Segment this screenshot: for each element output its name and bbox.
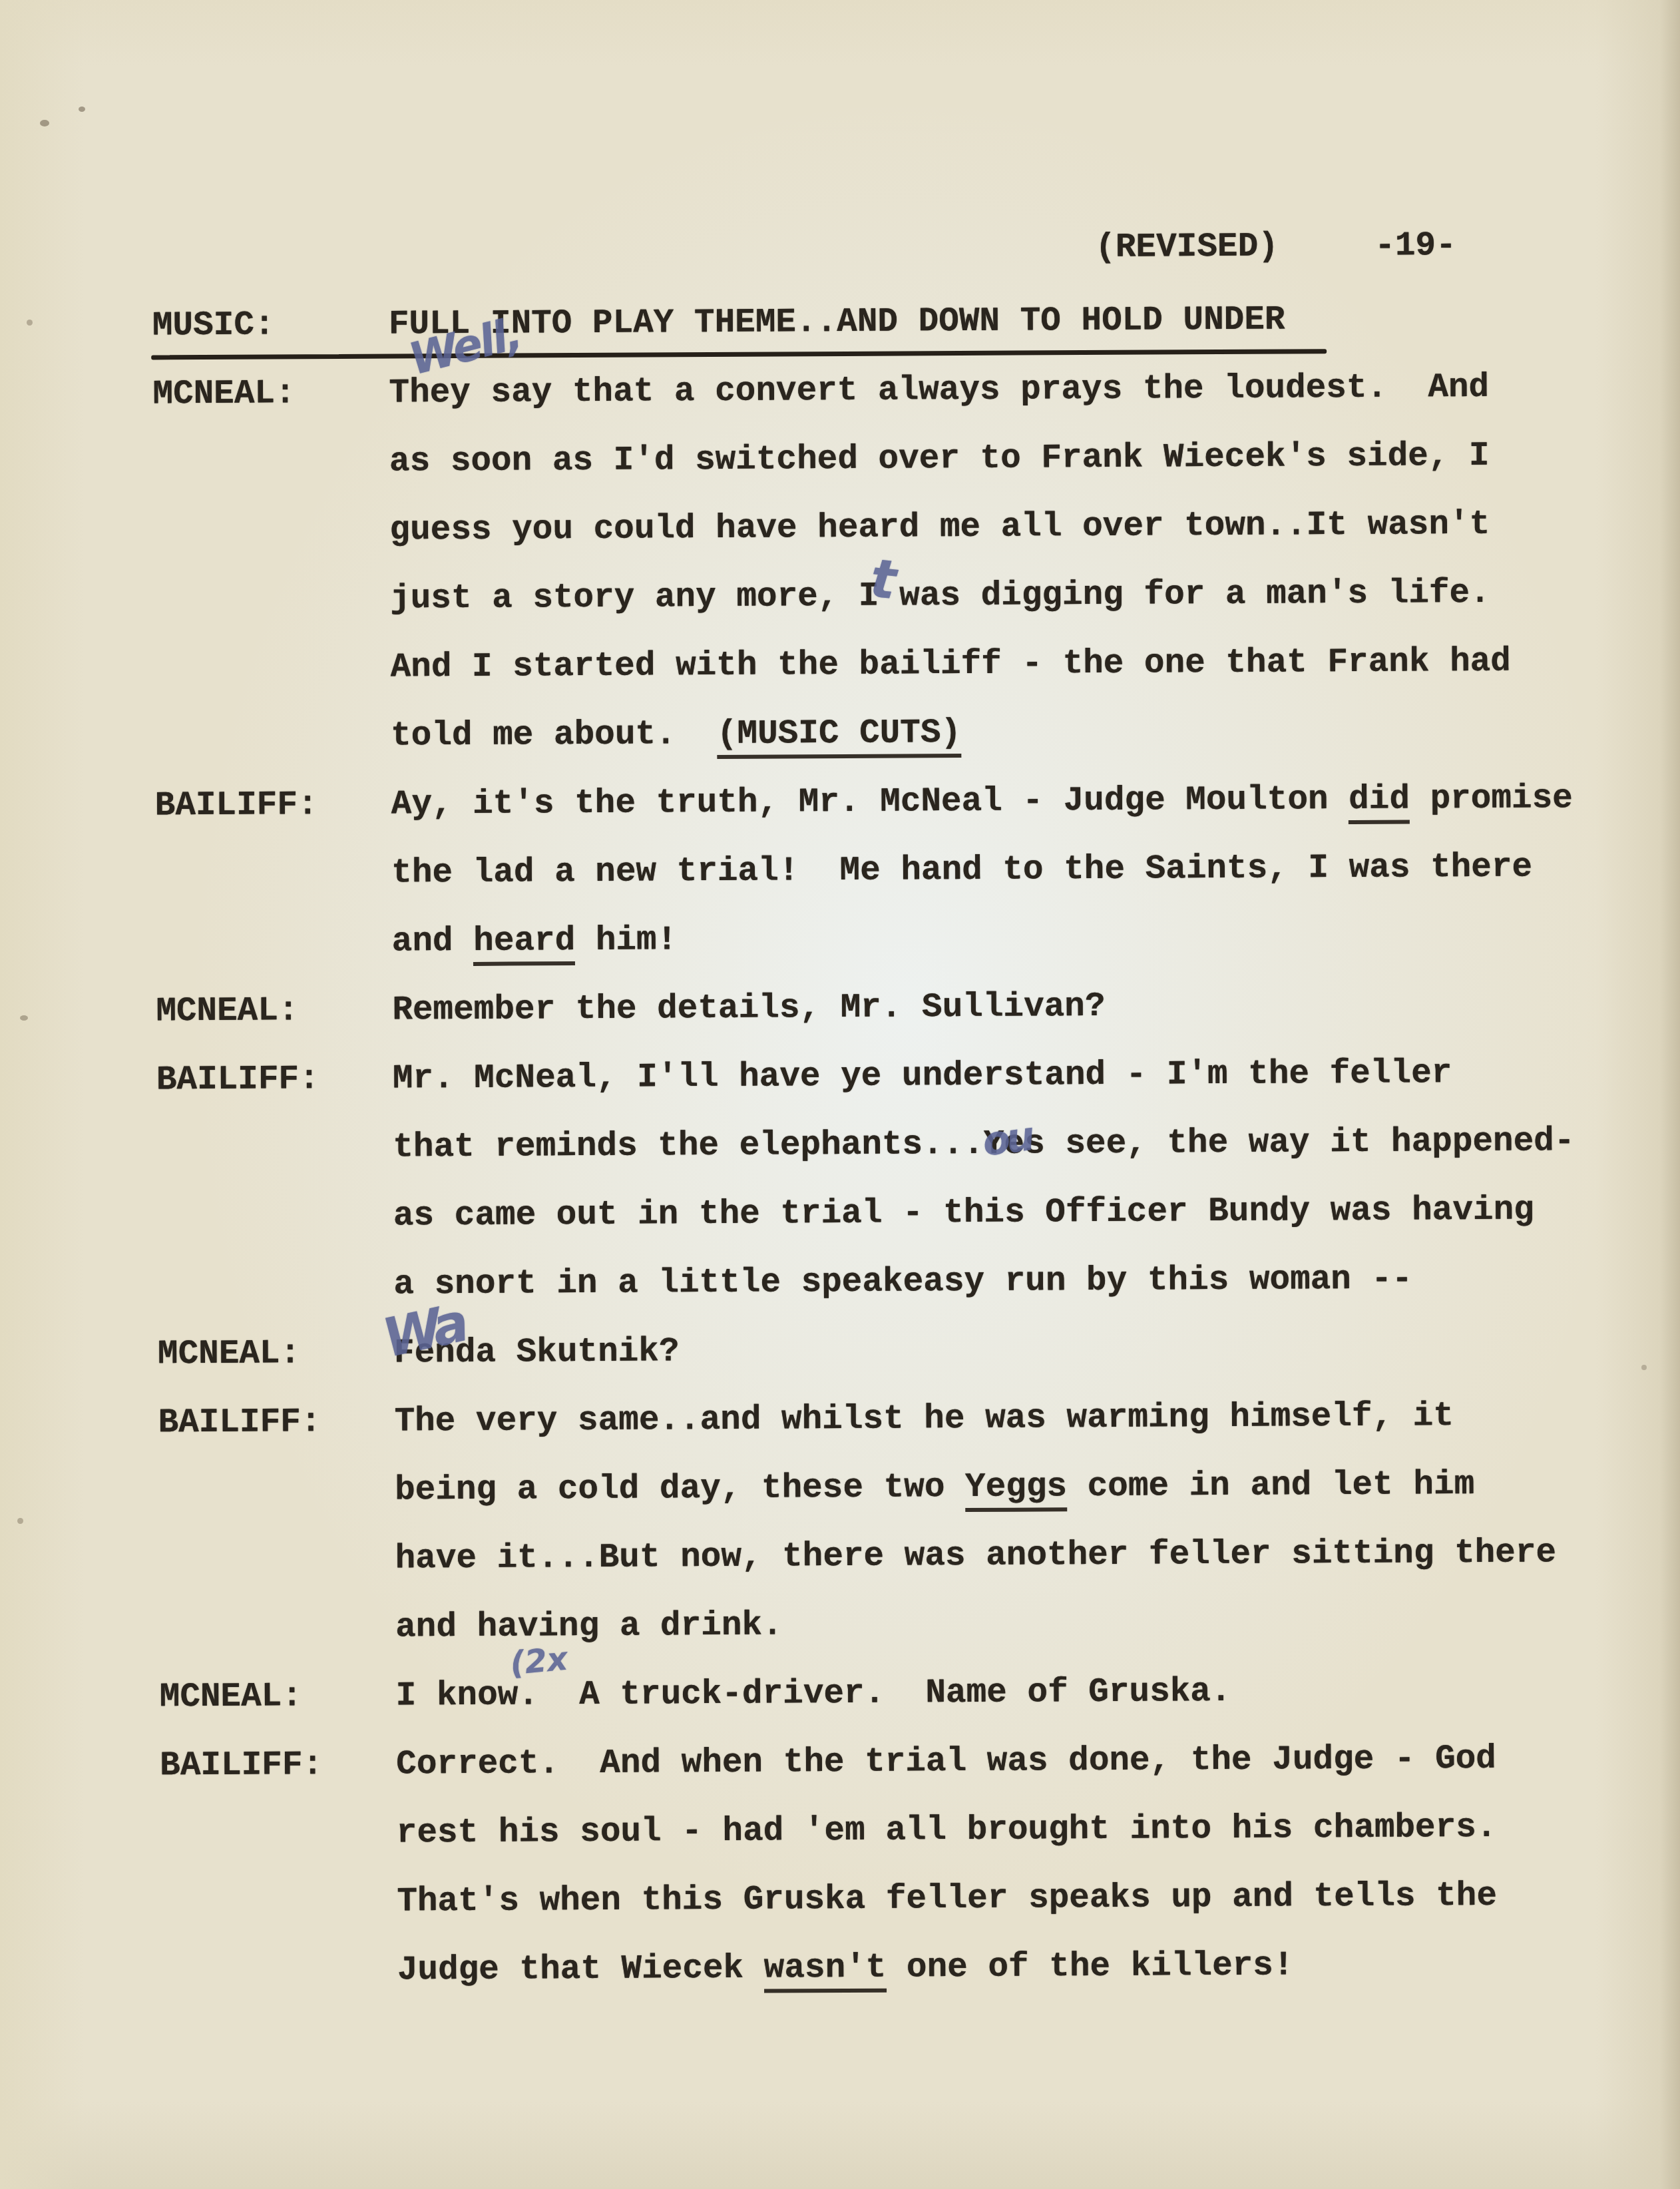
script-row: the lad a new trial! Me hand to the Sain… xyxy=(0,837,1679,914)
speaker-label: BAILIFF: xyxy=(158,1393,394,1454)
typed-text: And I started with the bailiff - the one… xyxy=(390,643,1511,687)
script-row: BAILIFF:Ay, it's the truth, Mr. McNeal -… xyxy=(0,768,1679,846)
typed-text: That's when this Gruska feller speaks up… xyxy=(397,1877,1497,1921)
dialogue-line: and heard him! xyxy=(392,911,678,972)
typed-text: have it...But now, there was another fel… xyxy=(395,1534,1556,1578)
script-row: just a story any more, I was digging for… xyxy=(0,563,1677,640)
page-number: -19- xyxy=(1374,216,1456,277)
script-row: and heard him! xyxy=(0,905,1679,983)
script-row: MCNEAL:Fenda Skutnik?Wa xyxy=(1,1317,1680,1394)
dialogue-line: Remember the details, Mr. Sullivan? xyxy=(392,977,1106,1041)
speaker-label: MCNEAL: xyxy=(152,364,389,425)
typed-text: I know. A truck-driver. Name of Gruska. xyxy=(396,1673,1231,1716)
dialogue-line: And I started with the bailiff - the one… xyxy=(390,632,1511,698)
typed-text: come in and let him xyxy=(1067,1466,1474,1506)
script-row: MCNEAL:Remember the details, Mr. Sulliva… xyxy=(0,974,1680,1051)
speaker-label: MUSIC: xyxy=(152,296,389,357)
typed-text: promise xyxy=(1410,780,1573,818)
dialogue-line: Correct. And when the trial was done, th… xyxy=(396,1730,1496,1796)
script-row: And I started with the bailiff - the one… xyxy=(0,631,1678,708)
script-row: that reminds the elephants...Yes see, th… xyxy=(0,1111,1680,1188)
typed-text: Correct. And when the trial was done, th… xyxy=(396,1740,1496,1784)
typed-text: told me about. xyxy=(391,716,717,756)
dialogue-line: told me about. (MUSIC CUTS) xyxy=(391,704,961,766)
typed-text: and xyxy=(392,923,474,961)
dialogue-line: rest his soul - had 'em all brought into… xyxy=(397,1798,1497,1864)
typed-text: the lad a new trial! Me hand to the Sain… xyxy=(391,849,1532,893)
script-row: as came out in the trial - this Officer … xyxy=(1,1180,1680,1257)
dialogue-line: Ay, it's the truth, Mr. McNeal - Judge M… xyxy=(391,769,1573,835)
dialogue-line: being a cold day, these two Yeggs come i… xyxy=(395,1455,1475,1521)
dialogue-line: that reminds the elephants...Yes see, th… xyxy=(393,1112,1575,1178)
script-row: BAILIFF:Correct. And when the trial was … xyxy=(3,1728,1680,1806)
typed-text: Ay, it's the truth, Mr. McNeal - Judge M… xyxy=(391,781,1349,824)
dialogue-line: I know. A truck-driver. Name of Gruska.(… xyxy=(395,1662,1231,1727)
script-row: MCNEAL:They say that a convert always pr… xyxy=(0,357,1677,434)
typed-text: rest his soul - had 'em all brought into… xyxy=(397,1809,1497,1853)
script-row: have it...But now, there was another fel… xyxy=(2,1523,1680,1600)
script-row: told me about. (MUSIC CUTS) xyxy=(0,700,1678,777)
script-row: MUSIC:FULL INTO PLAY THEME..AND DOWN TO … xyxy=(0,288,1676,365)
typed-text: They say that a convert always prays the… xyxy=(389,369,1489,413)
dialogue-line: as came out in the trial - this Officer … xyxy=(393,1181,1534,1247)
typed-text: as came out in the trial - this Officer … xyxy=(393,1192,1534,1236)
script-row: BAILIFF:The very same..and whilst he was… xyxy=(1,1385,1680,1463)
script-row: a snort in a little speakeasy run by thi… xyxy=(1,1248,1680,1326)
dialogue-line: as soon as I'd switched over to Frank Wi… xyxy=(389,427,1490,493)
script-row: That's when this Gruska feller speaks up… xyxy=(4,1865,1680,1943)
typed-text: Remember the details, Mr. Sullivan? xyxy=(392,988,1105,1030)
dialogue-line: guess you could have heard me all over t… xyxy=(389,495,1490,561)
dialogue-line: have it...But now, there was another fel… xyxy=(395,1523,1556,1589)
page-content: (REVISED) -19- MUSIC:FULL INTO PLAY THEM… xyxy=(0,0,1680,2189)
typed-text: being a cold day, these two xyxy=(395,1469,965,1509)
script-row: BAILIFF:Mr. McNeal, I'll have ye underst… xyxy=(0,1043,1680,1120)
underlined-text: wasn't xyxy=(764,1949,887,1993)
speaker-label: BAILIFF: xyxy=(156,1050,393,1111)
speaker-label: MCNEAL: xyxy=(156,981,392,1043)
typed-text: him! xyxy=(575,921,677,960)
typed-text: and having a drink. xyxy=(395,1606,783,1646)
speaker-label: BAILIFF: xyxy=(160,1736,396,1797)
dialogue-line: That's when this Gruska feller speaks up… xyxy=(397,1867,1497,1933)
script-row: Judge that Wiecek wasn't one of the kill… xyxy=(5,1934,1680,2011)
dialogue-line: a snort in a little speakeasy run by thi… xyxy=(393,1250,1412,1316)
dialogue-line: Fenda Skutnik?Wa xyxy=(394,1322,680,1383)
typed-text: a snort in a little speakeasy run by thi… xyxy=(393,1261,1412,1304)
dialogue-line: Mr. McNeal, I'll have ye understand - I'… xyxy=(393,1044,1452,1109)
script-row: and having a drink. xyxy=(3,1591,1680,1668)
dialogue-line: They say that a convert always prays the… xyxy=(389,358,1489,424)
speaker-label: MCNEAL: xyxy=(158,1324,394,1385)
typed-text: The very same..and whilst he was warming… xyxy=(394,1397,1454,1441)
script-row: guess you could have heard me all over t… xyxy=(0,494,1677,571)
dialogue-line: Judge that Wiecek wasn't one of the kill… xyxy=(397,1936,1294,2001)
typed-text: one of the killers! xyxy=(886,1947,1293,1987)
underlined-text: heard xyxy=(473,922,575,966)
typed-text: FULL INTO PLAY THEME..AND DOWN TO HOLD U… xyxy=(389,301,1285,344)
typed-text: as soon as I'd switched over to Frank Wi… xyxy=(389,437,1490,481)
typed-text: just a story any more, I was digging for… xyxy=(390,575,1490,618)
revision-stamp: (REVISED) xyxy=(1095,218,1279,278)
page-header: (REVISED) -19- xyxy=(0,215,1676,290)
typed-text: Mr. McNeal, I'll have ye understand - I'… xyxy=(393,1055,1452,1098)
dialogue-line: and having a drink. xyxy=(395,1596,783,1658)
underlined-text: Yeggs xyxy=(965,1468,1067,1512)
script-row: as soon as I'd switched over to Frank Wi… xyxy=(0,425,1677,503)
script-body: MUSIC:FULL INTO PLAY THEME..AND DOWN TO … xyxy=(0,288,1680,2011)
script-row: being a cold day, these two Yeggs come i… xyxy=(2,1454,1680,1531)
dialogue-line: FULL INTO PLAY THEME..AND DOWN TO HOLD U… xyxy=(389,290,1285,355)
dialogue-line: just a story any more, I was digging for… xyxy=(390,564,1490,630)
typed-text: Judge that Wiecek xyxy=(397,1950,764,1990)
dialogue-line: The very same..and whilst he was warming… xyxy=(394,1387,1454,1452)
script-row: rest his soul - had 'em all brought into… xyxy=(4,1797,1680,1874)
typed-text: guess you could have heard me all over t… xyxy=(389,506,1490,550)
speaker-label: MCNEAL: xyxy=(159,1667,395,1728)
speaker-label: BAILIFF: xyxy=(154,776,391,837)
script-row: MCNEAL:I know. A truck-driver. Name of G… xyxy=(3,1660,1680,1737)
underlined-text: (MUSIC CUTS) xyxy=(717,714,962,759)
script-page: (REVISED) -19- MUSIC:FULL INTO PLAY THEM… xyxy=(0,0,1680,2189)
underlined-text: did xyxy=(1349,781,1410,824)
dialogue-line: the lad a new trial! Me hand to the Sain… xyxy=(391,838,1532,904)
typed-text: that reminds the elephants...Yes see, th… xyxy=(393,1122,1574,1166)
typed-text: Fenda Skutnik? xyxy=(394,1333,680,1372)
